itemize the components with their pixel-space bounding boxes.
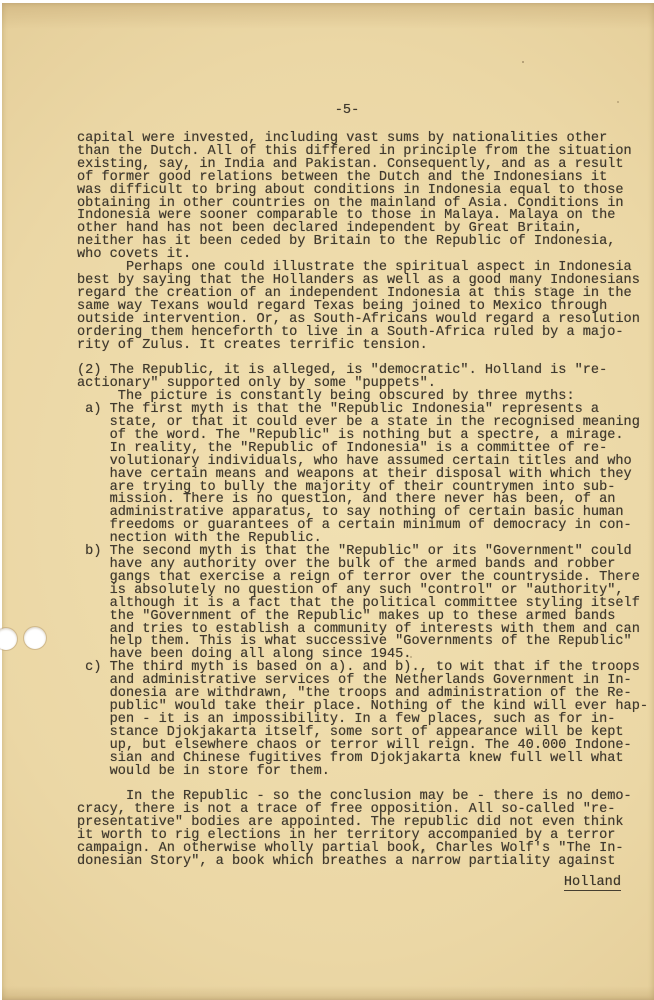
paragraph-conclusion: In the Republic - so the conclusion may … bbox=[77, 791, 652, 868]
list-item-b: b) The second myth is that the "Republic… bbox=[77, 546, 652, 662]
list-item-c: c) The third myth is based on a). and b)… bbox=[77, 662, 652, 778]
paragraph-perhaps: Perhaps one could illustrate the spiritu… bbox=[77, 262, 652, 352]
scan-canvas: -5- capital were invested, including vas… bbox=[0, 0, 654, 1000]
punch-hole bbox=[24, 627, 46, 649]
paragraph-capital: capital were invested, including vast su… bbox=[77, 133, 652, 262]
section-2-intro: (2) The Republic, it is alleged, is "dem… bbox=[77, 365, 652, 404]
paper-specks bbox=[522, 61, 524, 63]
list-item-a: a) The first myth is that the "Republic … bbox=[77, 404, 652, 546]
catchword-holland: Holland bbox=[564, 876, 621, 891]
page-number: -5- bbox=[77, 103, 617, 118]
punch-hole bbox=[0, 628, 17, 650]
document-body: capital were invested, including vast su… bbox=[77, 133, 652, 869]
document-page: -5- capital were invested, including vas… bbox=[2, 3, 654, 1000]
